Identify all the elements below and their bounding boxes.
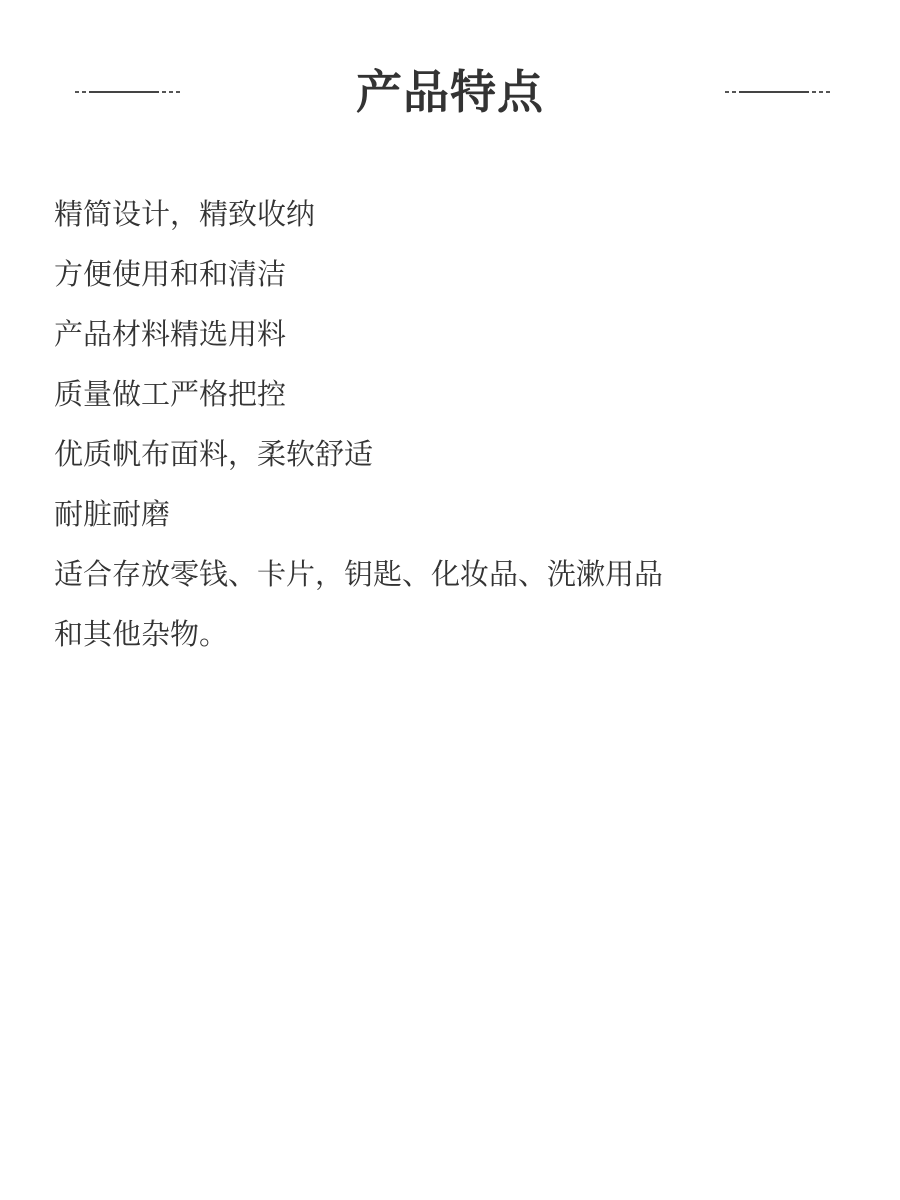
dash (725, 91, 729, 93)
dash (819, 91, 823, 93)
section-header: 产品特点 (0, 58, 900, 126)
dash (812, 91, 816, 93)
dash (826, 91, 830, 93)
feature-list: 精简设计，精致收纳 方便使用和和清洁 产品材料精选用料 质量做工严格把控 优质帆… (54, 190, 874, 670)
dash (732, 91, 736, 93)
divider-line (739, 91, 809, 93)
right-divider-ornament (725, 90, 833, 93)
